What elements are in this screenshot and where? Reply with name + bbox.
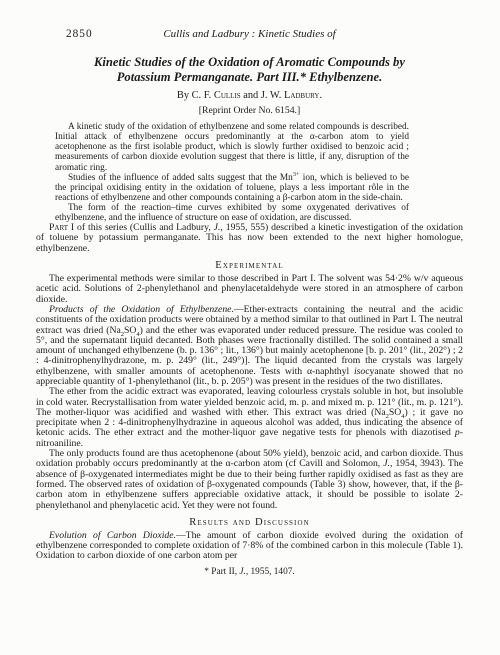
abstract-paragraph: Studies of the influence of added salts …	[55, 173, 409, 203]
article-title-line2: Potassium Permanganate. Part III.* Ethyl…	[117, 70, 383, 84]
section-heading-results: Results and Discussion	[36, 517, 463, 528]
abstract-paragraph: The form of the reaction–time curves exh…	[55, 203, 409, 223]
reprint-order: [Reprint Order No. 6154.]	[36, 105, 463, 116]
experimental-paragraph: Products of the Oxidation of Ethylbenzen…	[36, 305, 463, 387]
page-header: 2850 Cullis and Ladbury : Kinetic Studie…	[36, 28, 463, 41]
experimental-paragraph: The ether from the acidic extract was ev…	[36, 387, 463, 449]
results-paragraph: Evolution of Carbon Dioxide.—The amount …	[36, 531, 463, 562]
experimental-paragraph: The experimental methods were similar to…	[36, 274, 463, 305]
running-head: Cullis and Ladbury : Kinetic Studies of	[36, 28, 463, 40]
byline: By C. F. Cullis and J. W. Ladbury.	[36, 90, 463, 101]
intro-paragraph: Part I of this series (Cullis and Ladbur…	[36, 223, 463, 254]
paper-page: 2850 Cullis and Ladbury : Kinetic Studie…	[0, 0, 500, 655]
experimental-paragraph: The only products found are thus acetoph…	[36, 449, 463, 511]
section-heading-experimental: Experimental	[36, 260, 463, 271]
article-title: Kinetic Studies of the Oxidation of Arom…	[42, 55, 457, 84]
abstract-paragraph: A kinetic study of the oxidation of ethy…	[55, 122, 409, 172]
article-body: Part I of this series (Cullis and Ladbur…	[36, 223, 463, 562]
abstract: A kinetic study of the oxidation of ethy…	[55, 122, 409, 223]
footnote: * Part II, J., 1955, 1407.	[36, 567, 463, 577]
page-number: 2850	[66, 28, 93, 40]
article-title-line1: Kinetic Studies of the Oxidation of Arom…	[94, 55, 405, 69]
